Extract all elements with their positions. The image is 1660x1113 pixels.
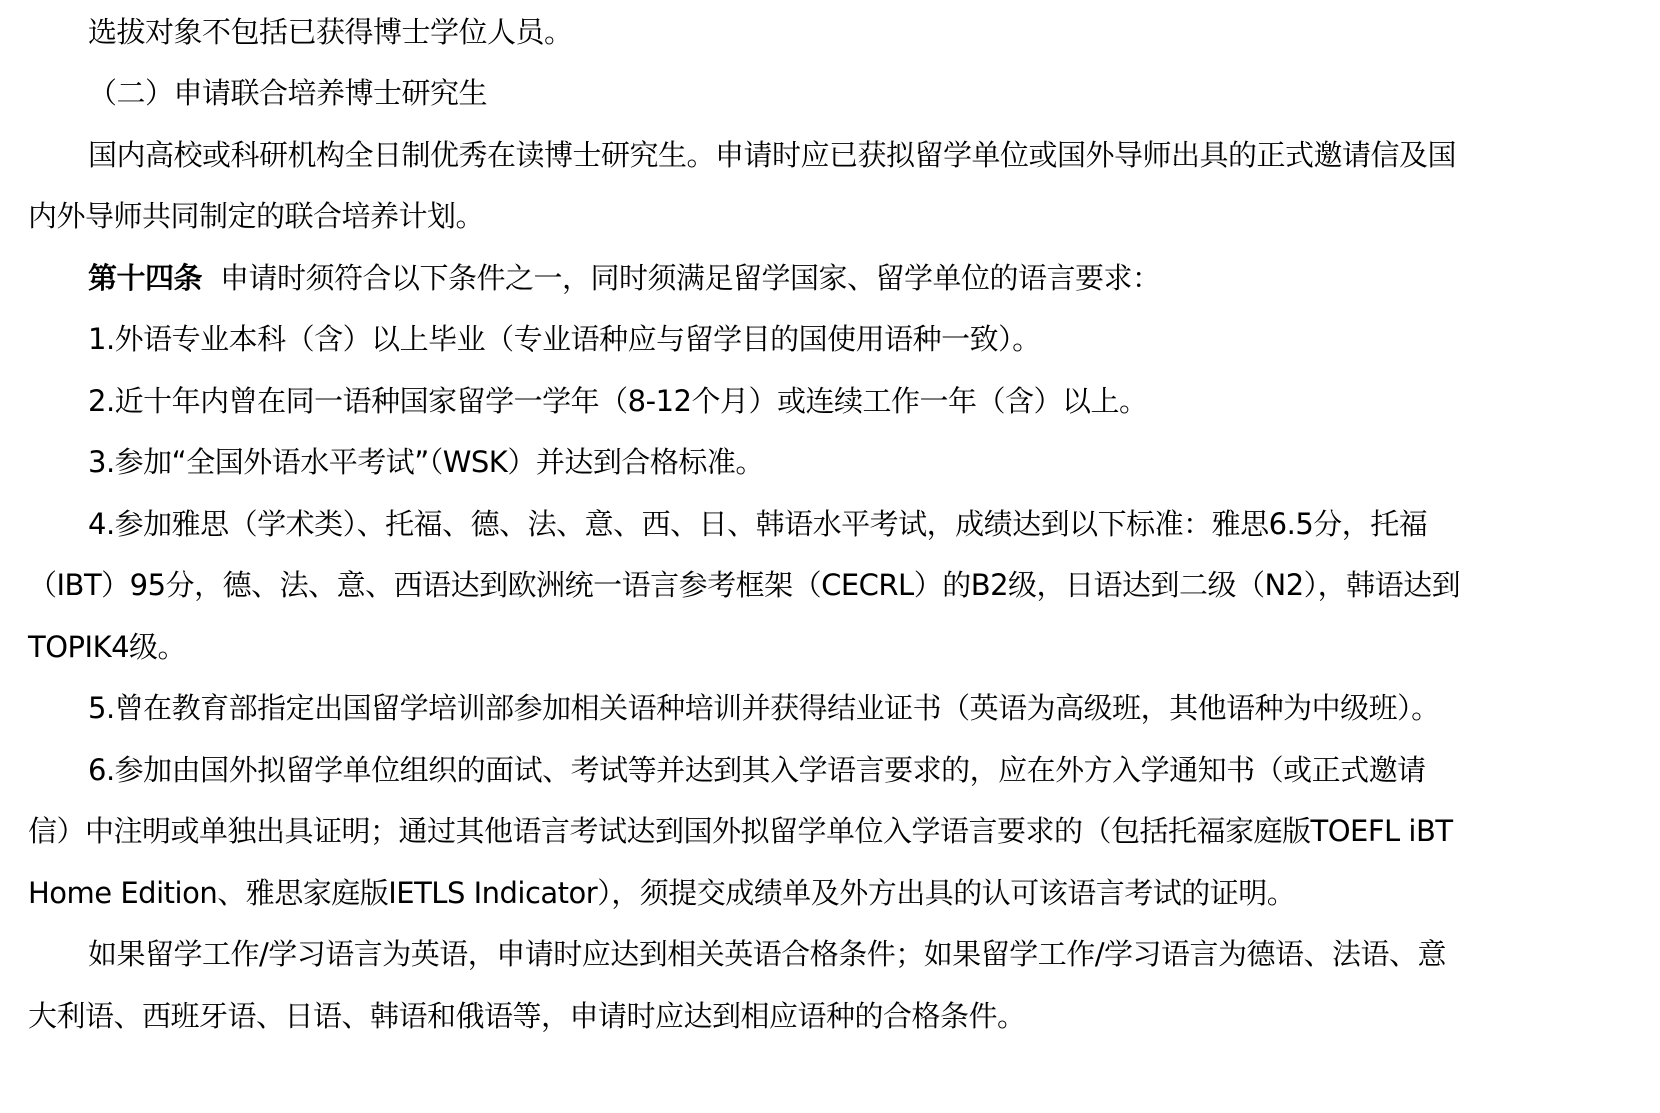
condition-text: TOPIK4级。 — [28, 630, 186, 664]
paragraph-joint-phd-line-1: 国内高校或科研机构全日制优秀在读博士研究生。申请时应已获拟留学单位或国外导师出具… — [88, 135, 1456, 175]
condition-item-4-line-2: （IBT）95分，德、法、意、西语达到欧洲统一语言参考框架（CECRL）的B2级… — [28, 565, 1460, 605]
condition-item-2: 2.近十年内曾在同一语种国家留学一学年（8-12个月）或连续工作一年（含）以上。 — [88, 381, 1148, 421]
condition-item-3: 3.参加“全国外语水平考试”（WSK）并达到合格标准。 — [88, 442, 764, 482]
condition-text: 2.近十年内曾在同一语种国家留学一学年（8-12个月）或连续工作一年（含）以上。 — [88, 384, 1148, 418]
paragraph-selection-exclusion: 选拔对象不包括已获得博士学位人员。 — [88, 12, 573, 52]
condition-text: 信）中注明或单独出具证明；通过其他语言考试达到国外拟留学单位入学语言要求的（包括… — [28, 814, 1453, 848]
paragraph-text: 内外导师共同制定的联合培养计划。 — [28, 199, 484, 233]
paragraph-text: 国内高校或科研机构全日制优秀在读博士研究生。申请时应已获拟留学单位或国外导师出具… — [88, 138, 1456, 172]
paragraph-joint-phd-line-2: 内外导师共同制定的联合培养计划。 — [28, 196, 484, 236]
condition-text: （IBT）95分，德、法、意、西语达到欧洲统一语言参考框架（CECRL）的B2级… — [28, 568, 1460, 602]
condition-item-1: 1.外语专业本科（含）以上毕业（专业语种应与留学目的国使用语种一致）。 — [88, 319, 1041, 359]
condition-item-4-line-1: 4.参加雅思（学术类）、托福、德、法、意、西、日、韩语水平考试，成绩达到以下标准… — [88, 504, 1427, 544]
subheading-text: （二）申请联合培养博士研究生 — [88, 76, 487, 110]
paragraph-language-requirement-line-2: 大利语、西班牙语、日语、韩语和俄语等，申请时应达到相应语种的合格条件。 — [28, 996, 1026, 1036]
condition-text: 1.外语专业本科（含）以上毕业（专业语种应与留学目的国使用语种一致）。 — [88, 322, 1041, 356]
condition-text: Home Edition、雅思家庭版IETLS Indicator），须提交成绩… — [28, 876, 1295, 910]
section-subheading-joint-phd: （二）申请联合培养博士研究生 — [88, 73, 487, 113]
condition-item-6-line-3: Home Edition、雅思家庭版IETLS Indicator），须提交成绩… — [28, 873, 1295, 913]
condition-item-6-line-2: 信）中注明或单独出具证明；通过其他语言考试达到国外拟留学单位入学语言要求的（包括… — [28, 811, 1453, 851]
condition-text: 5.曾在教育部指定出国留学培训部参加相关语种培训并获得结业证书（英语为高级班，其… — [88, 691, 1440, 725]
condition-item-4-line-3: TOPIK4级。 — [28, 627, 186, 667]
condition-item-6-line-1: 6.参加由国外拟留学单位组织的面试、考试等并达到其入学语言要求的，应在外方入学通… — [88, 750, 1426, 790]
paragraph-text: 大利语、西班牙语、日语、韩语和俄语等，申请时应达到相应语种的合格条件。 — [28, 999, 1026, 1033]
article-14: 第十四条申请时须符合以下条件之一，同时须满足留学国家、留学单位的语言要求： — [88, 258, 1161, 298]
paragraph-text: 选拔对象不包括已获得博士学位人员。 — [88, 15, 573, 49]
condition-item-5: 5.曾在教育部指定出国留学培训部参加相关语种培训并获得结业证书（英语为高级班，其… — [88, 688, 1440, 728]
condition-text: 4.参加雅思（学术类）、托福、德、法、意、西、日、韩语水平考试，成绩达到以下标准… — [88, 507, 1427, 541]
article-label: 第十四条 — [88, 261, 202, 295]
article-text: 申请时须符合以下条件之一，同时须满足留学国家、留学单位的语言要求： — [220, 261, 1161, 295]
condition-text: 3.参加“全国外语水平考试”（WSK）并达到合格标准。 — [88, 445, 764, 479]
paragraph-text: 如果留学工作/学习语言为英语，申请时应达到相关英语合格条件；如果留学工作/学习语… — [88, 937, 1446, 971]
condition-text: 6.参加由国外拟留学单位组织的面试、考试等并达到其入学语言要求的，应在外方入学通… — [88, 753, 1426, 787]
paragraph-language-requirement-line-1: 如果留学工作/学习语言为英语，申请时应达到相关英语合格条件；如果留学工作/学习语… — [88, 934, 1446, 974]
